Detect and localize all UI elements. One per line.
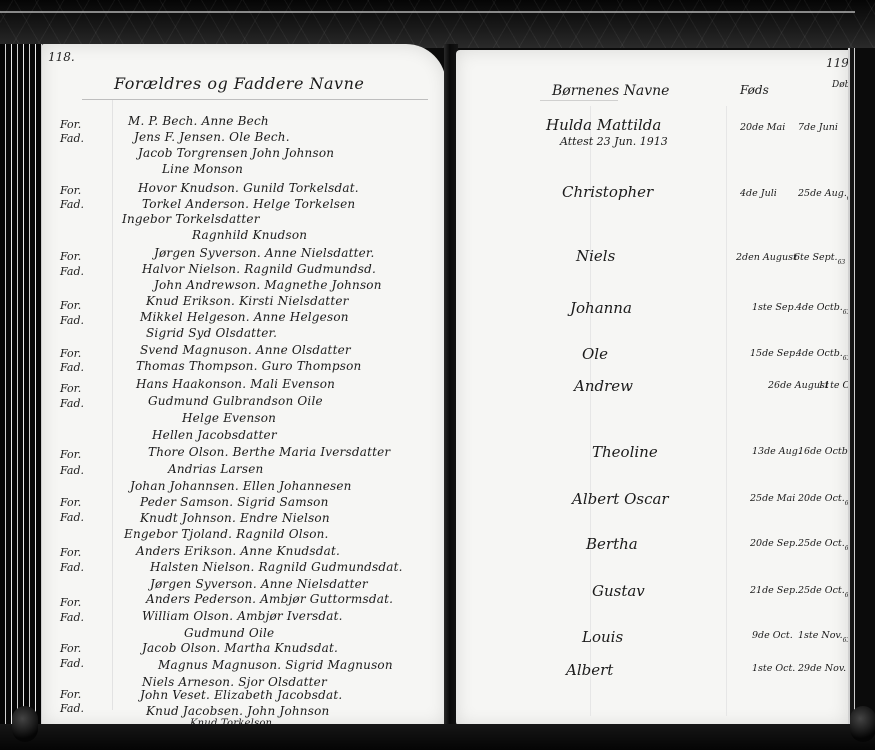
role-label: For. [60,448,81,461]
baptized-date: 7de Juni [798,122,838,133]
born-date: 1ste Sep. [752,302,796,313]
baptized-date: 25de Oct. [798,538,845,549]
role-label: For. [60,250,81,263]
baptized-date: 20de Oct. [798,493,845,504]
entry-dates: 15de Sep.4de Octb.63 [750,348,850,362]
parent-line: Johan Johannsen. Ellen Johannesen [130,479,352,493]
entry-dates: 13de Aug.16de Octb.63 [752,446,858,460]
parent-line: Halsten Nielson. Ragnild Gudmundsdat. [150,560,403,574]
child-name: Bertha [586,535,638,553]
role-label: Fad. [60,702,84,715]
role-label: For. [60,299,81,312]
child-name: Albert [566,661,613,679]
born-date: 20de Mai [740,122,798,133]
entry-dates: 20de Mai7de Juni [740,122,838,133]
book-clamp-left [12,706,38,742]
born-date: 2den August [736,252,794,263]
entry-dates: 1ste Sep.4de Octb.63 [752,302,850,316]
child-name: Andrew [574,377,633,395]
parent-line: Ingebor Torkelsdatter [122,212,260,226]
role-label: Fad. [60,265,84,278]
role-label: Fad. [60,314,84,327]
scanner-background-bottom [0,724,875,750]
entry-dates: 2den August6te Sept.63 [736,252,845,266]
entry-dates: 4de Juli25de Aug.63 [740,188,855,202]
role-label: For. [60,546,81,559]
parent-line: Mikkel Helgeson. Anne Helgeson [140,310,349,324]
parent-line: Jens F. Jensen. Ole Bech. [134,130,290,144]
book-edge-right [848,48,875,738]
parent-line: Andrias Larsen [168,462,263,476]
child-name-text: Hulda Mattilda [546,116,661,134]
parent-line: Jørgen Syverson. Anne Nielsdatter [150,577,368,591]
parent-line: Thore Olson. Berthe Maria Iversdatter [148,445,390,459]
baptized-date: 25de Oct. [798,585,845,596]
born-date: 13de Aug. [752,446,798,457]
parent-line: Magnus Magnuson. Sigrid Magnuson [158,658,393,672]
child-name: Albert Oscar [572,490,669,508]
child-name: Niels [576,247,615,265]
parent-line: Engebor Tjoland. Ragnild Olson. [124,527,329,541]
page-number-left: 118. [48,50,75,64]
role-label: For. [60,118,81,131]
book-edge-left [0,44,42,724]
left-page: 118. Forældres og Faddere Navne For. Fad… [42,44,446,726]
entry-dates: 21de Sep.25de Oct.63 [750,585,852,599]
parent-line: Hans Haakonson. Mali Evenson [136,377,335,391]
baptized-date: 4de Octb. [796,348,843,359]
role-label: For. [60,184,81,197]
parent-line: Torkel Anderson. Helge Torkelsen [142,197,355,211]
parent-line: Gudmund Oile [184,626,274,640]
child-name: Louis [582,628,623,646]
child-name: Hulda Mattilda Attest 23 Jun. 1913 [546,116,668,148]
parent-line: Niels Arneson. Sjor Olsdatter [142,675,327,689]
child-name: Ole [582,345,608,363]
book-clamp-right [850,706,875,742]
parent-line: Thomas Thompson. Guro Thompson [136,359,361,373]
entry-dates: 25de Mai20de Oct.63 [750,493,852,507]
role-label: For. [60,596,81,609]
parent-line: Anders Erikson. Anne Knudsdat. [136,544,340,558]
born-date: 4de Juli [740,188,798,199]
parent-line: Anders Pederson. Ambjør Guttormsdat. [146,592,393,606]
child-name: Gustav [592,582,645,600]
parent-line: Hovor Knudson. Gunild Torkelsdat. [138,181,359,195]
right-page: 119 Børnenes Navne Føds Døbt Hulda Matti… [456,50,848,726]
page-number-right: 119 [826,56,849,70]
parent-line: Hellen Jacobsdatter [152,428,277,442]
parent-line: M. P. Bech. Anne Bech [128,114,269,128]
parent-line: Knud Erikson. Kirsti Nielsdatter [146,294,349,308]
parent-line: Ragnhild Knudson [192,228,307,242]
role-label: Fad. [60,198,84,211]
attest-note: Attest 23 Jun. 1913 [560,135,668,148]
born-column-heading: Føds [740,83,769,97]
child-name: Christopher [562,183,653,201]
role-label: Fad. [60,397,84,410]
role-label: Fad. [60,611,84,624]
children-names-heading: Børnenes Navne [552,83,669,99]
parent-line: Sigrid Syd Olsdatter. [146,326,277,340]
entry-dates: 1ste Oct.29de Nov. [752,663,846,674]
born-date: 9de Oct. [752,630,798,641]
role-label: Fad. [60,361,84,374]
baptized-date: 4de Octb. [796,302,843,313]
role-label: Fad. [60,511,84,524]
parent-line: John Andrewson. Magnethe Johnson [154,278,382,292]
column-rule [112,100,113,710]
born-date: 25de Mai [750,493,798,504]
role-label: For. [60,496,81,509]
year-suffix: 63 [838,259,846,266]
entry-dates: 9de Oct.1ste Nov.63 [752,630,850,644]
role-label: For. [60,347,81,360]
role-label: Fad. [60,132,84,145]
parent-line: William Olson. Ambjør Iversdat. [142,609,343,623]
born-date: 15de Sep. [750,348,796,359]
role-label: For. [60,688,81,701]
scanner-background-top [0,0,875,48]
parent-line: Halvor Nielson. Ragnild Gudmundsd. [142,262,376,276]
born-date: 26de August [768,380,818,391]
parent-line: Knudt Johnson. Endre Nielson [140,511,330,525]
role-label: For. [60,382,81,395]
parent-line: Line Monson [162,162,243,176]
child-name: Theoline [592,443,658,461]
heading-rule [82,99,428,100]
role-label: For. [60,642,81,655]
parent-line: Gudmund Gulbrandson Oile [148,394,323,408]
role-label: Fad. [60,657,84,670]
baptized-date: 25de Aug. [798,188,847,199]
born-date: 20de Sep. [750,538,798,549]
born-date: 21de Sep. [750,585,798,596]
parents-sponsors-heading: Forældres og Faddere Navne [114,74,364,93]
baptized-date: 16de Octb. [798,446,851,457]
parent-line: Jørgen Syverson. Anne Nielsdatter. [154,246,375,260]
parent-line: Helge Evenson [182,411,276,425]
heading-rule [540,100,618,101]
parent-line: Jacob Olson. Martha Knudsdat. [142,641,338,655]
entry-dates: 20de Sep.25de Oct.63 [750,538,852,552]
baptized-date: 29de Nov. [798,663,846,674]
child-name: Johanna [570,299,632,317]
parent-line: Knud Jacobsen. John Johnson [146,704,329,718]
parent-line: John Veset. Elizabeth Jacobsdat. [140,688,342,702]
parent-line: Peder Samson. Sigrid Samson [140,495,329,509]
parent-line: Jacob Torgrensen John Johnson [138,146,334,160]
role-label: Fad. [60,464,84,477]
born-date: 1ste Oct. [752,663,798,674]
baptized-date: 1ste Nov. [798,630,843,641]
role-label: Fad. [60,561,84,574]
parent-line: Svend Magnuson. Anne Olsdatter [140,343,351,357]
column-rule [726,106,727,716]
baptized-date: 6te Sept. [794,252,838,263]
